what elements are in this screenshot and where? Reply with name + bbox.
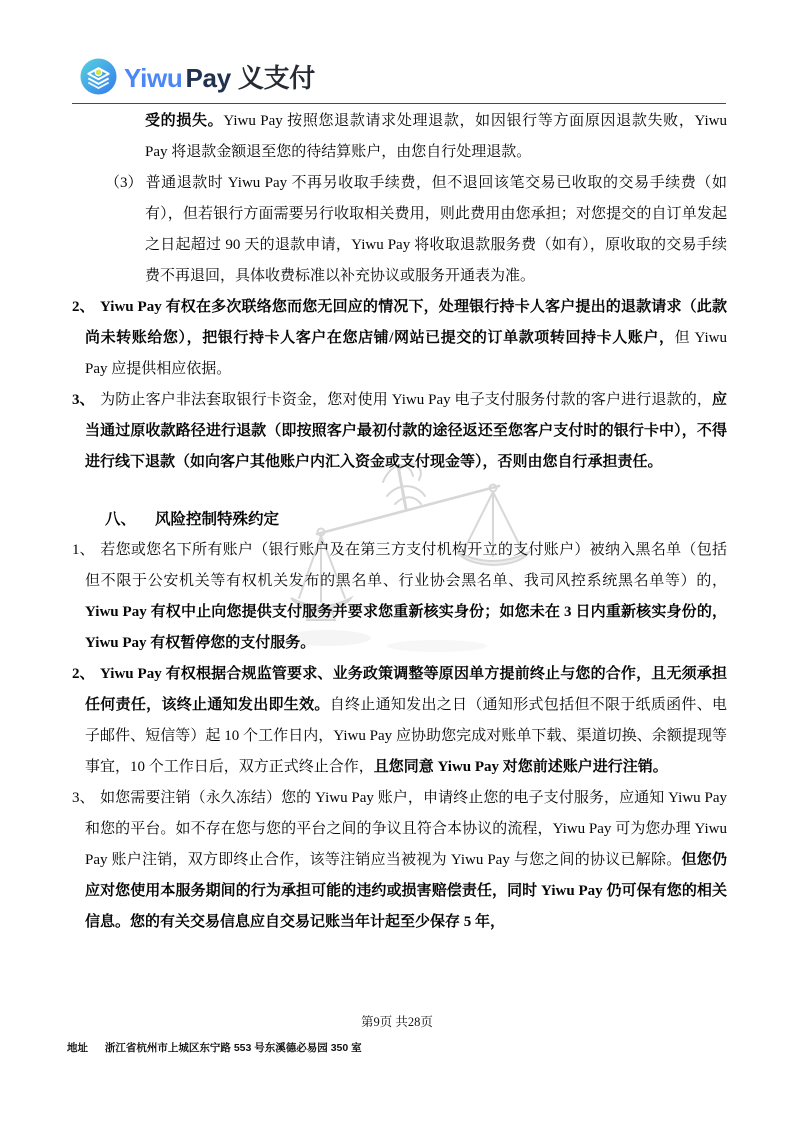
clause-marker: （3） — [105, 168, 145, 199]
section-heading: 八、风险控制特殊约定 — [72, 504, 727, 535]
clause-paragraph: （3）普通退款时 Yiwu Pay 不再另收取手续费，但不退回该笔交易已收取的交… — [72, 168, 727, 292]
header-divider — [72, 103, 726, 104]
clause-paragraph: 受的损失。Yiwu Pay 按照您退款请求处理退款，如因银行等方面原因退款失败，… — [72, 106, 727, 168]
clause-marker: 3、 — [72, 783, 100, 814]
text-segment: Yiwu Pay 按照您退款请求处理退款，如因银行等方面原因退款失败，Yiwu … — [145, 113, 727, 160]
text-segment: Yiwu Pay 有权中止向您提供支付服务并要求您重新核实身份；如您未在 3 日… — [85, 604, 727, 651]
header-logo: Yiwu Pay 义支付 — [80, 55, 315, 97]
text-segment: 若您或您名下所有账户（银行账户及在第三方支付机构开立的支付账户）被纳入黑名单（包… — [85, 542, 727, 589]
text-segment: 如您需要注销（永久冻结）您的 Yiwu Pay 账户，申请终止您的电子支付服务，… — [85, 790, 727, 868]
clause-marker: 2、 — [72, 292, 100, 323]
logo-text-pay: Pay — [186, 63, 231, 94]
clause-paragraph: 3、如您需要注销（永久冻结）您的 Yiwu Pay 账户，申请终止您的电子支付服… — [72, 783, 727, 938]
page-number: 第9页 共28页 — [0, 1012, 794, 1030]
clause-paragraph: 2、Yiwu Pay 有权在多次联络您而您无回应的情况下，处理银行持卡人客户提出… — [72, 292, 727, 385]
address-value: 浙江省杭州市上城区东宁路 553 号东溪德必易园 350 室 — [105, 1042, 362, 1054]
clause-marker: 2、 — [72, 659, 100, 690]
logo-text-yiwu: Yiwu — [124, 63, 183, 94]
clause-marker: 1、 — [72, 535, 100, 566]
section-heading-marker: 八、 — [105, 504, 155, 535]
text-segment: Yiwu Pay 有权在多次联络您而您无回应的情况下，处理银行持卡人客户提出的退… — [85, 299, 727, 346]
text-segment: 普通退款时 Yiwu Pay 不再另收取手续费，但不退回该笔交易已收取的交易手续… — [145, 175, 727, 284]
section-heading-title: 风险控制特殊约定 — [155, 511, 279, 528]
text-segment: 为防止客户非法套取银行卡资金，您对使用 Yiwu Pay 电子支付服务付款的客户… — [100, 392, 712, 408]
yiwupay-logo-icon — [80, 58, 117, 95]
address-label: 地址 — [67, 1042, 88, 1054]
logo-wordmark: Yiwu Pay 义支付 — [124, 58, 315, 95]
document-page: Yiwu Pay 义支付 — [0, 0, 794, 1123]
document-body: 受的损失。Yiwu Pay 按照您退款请求处理退款，如因银行等方面原因退款失败，… — [72, 106, 727, 938]
clause-paragraph: 2、Yiwu Pay 有权根据合规监管要求、业务政策调整等原因单方提前终止与您的… — [72, 659, 727, 783]
clause-paragraph: 3、为防止客户非法套取银行卡资金，您对使用 Yiwu Pay 电子支付服务付款的… — [72, 385, 727, 478]
clause-paragraph: 1、若您或您名下所有账户（银行账户及在第三方支付机构开立的支付账户）被纳入黑名单… — [72, 535, 727, 659]
text-segment: 且您同意 Yiwu Pay 对您前述账户进行注销。 — [374, 759, 668, 775]
text-segment: 受的损失。 — [145, 113, 223, 129]
logo-text-chinese: 义支付 — [238, 58, 315, 95]
clause-marker: 3、 — [72, 385, 100, 416]
footer-address: 地址 浙江省杭州市上城区东宁路 553 号东溪德必易园 350 室 — [67, 1040, 362, 1055]
